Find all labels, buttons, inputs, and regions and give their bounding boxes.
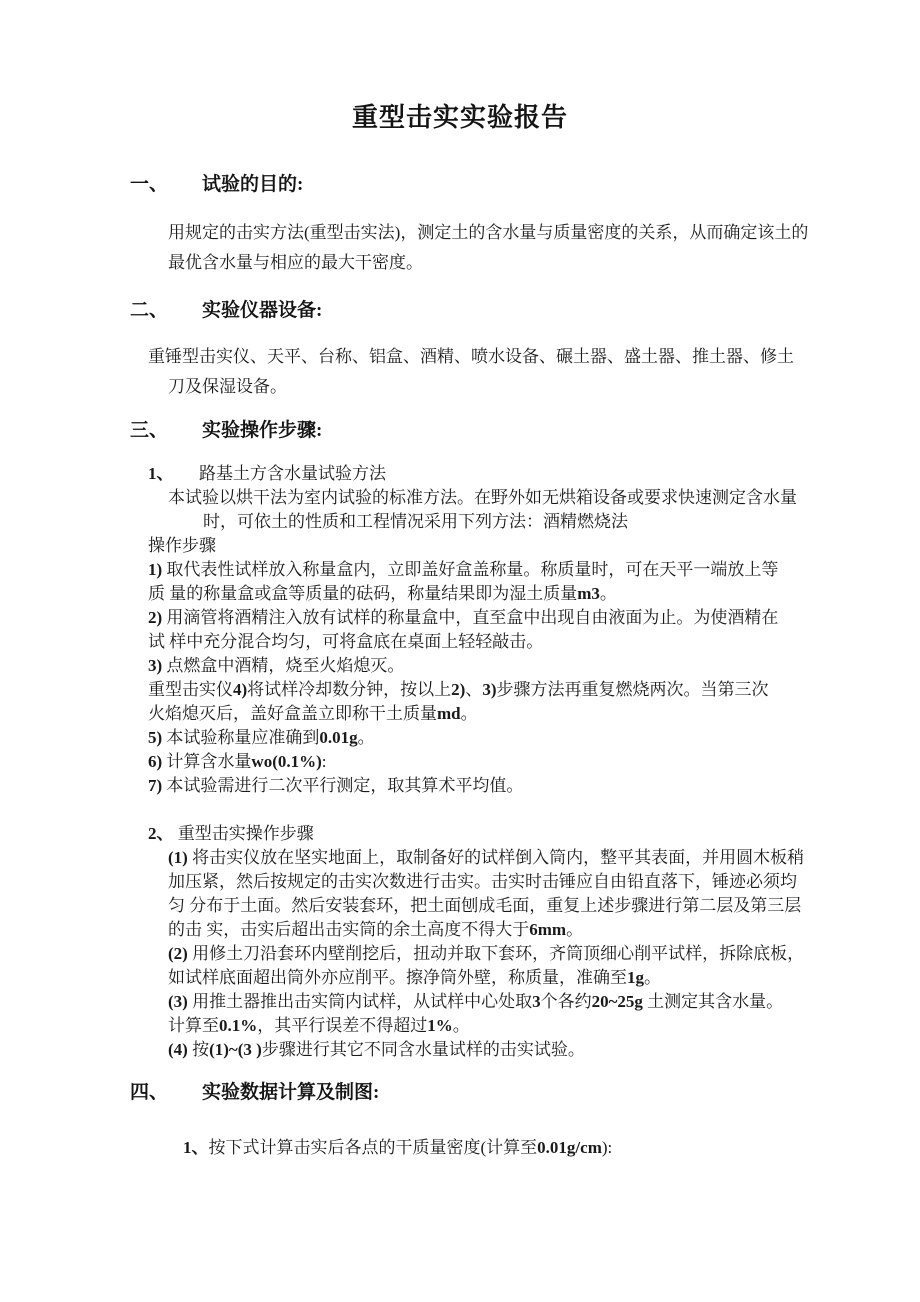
- document-title: 重型击实实验报告: [0, 0, 920, 136]
- section-label: 实验操作步骤:: [202, 418, 322, 444]
- doc-line: 刀及保湿设备。: [0, 372, 920, 402]
- section-heading: 四、实验数据计算及制图:: [0, 1080, 920, 1106]
- text-block: 重锤型击实仪、天平、台称、铝盒、酒精、喷水设备、碾土器、盛土器、推土器、修土刀及…: [0, 342, 920, 402]
- text-segment: 本试验称量应准确到: [162, 728, 319, 747]
- doc-line: 6) 计算含水量wo(0.1%):: [0, 750, 920, 774]
- doc-line: 如试样底面超出筒外亦应削平。擦净筒外壁，称质量，准确至1g。: [0, 966, 920, 990]
- text-segment: 点燃盒中酒精，烧至火焰熄灭。: [162, 656, 404, 675]
- doc-line: 1、按下式计算击实后各点的干质量密度(计算至0.01g/cm):: [0, 1136, 920, 1160]
- bold-text-segment: 20~25g: [592, 992, 643, 1011]
- section-number: 一、: [130, 172, 202, 198]
- doc-line: 质 量的称量盒或盒等质量的砝码，称量结果即为湿土质量m3。: [0, 582, 920, 606]
- bold-text-segment: 2、: [148, 824, 174, 843]
- text-segment: 加压紧，然后按规定的击实次数进行击实。击实时击锤应自由铅直落下，锤迹必须均: [168, 872, 797, 891]
- text-segment: 匀 分布于土面。然后安装套环，把土面刨成毛面，重复上述步骤进行第二层及第三层: [168, 896, 801, 915]
- bold-text-segment: md: [437, 704, 461, 723]
- doc-line: 时，可依土的性质和工程情况采用下列方法：酒精燃烧法: [0, 510, 920, 534]
- bold-text-segment: 2): [148, 608, 162, 627]
- bold-text-segment: 3): [482, 680, 496, 699]
- text-segment: 步骤进行其它不同含水量试样的击实试验。: [262, 1040, 585, 1059]
- bold-text-segment: 1、: [183, 1138, 209, 1157]
- text-block: 1、按下式计算击实后各点的干质量密度(计算至0.01g/cm):: [0, 1136, 920, 1160]
- bold-text-segment: m3: [577, 584, 600, 603]
- text-segment: 本试验需进行二次平行测定，取其算术平均值。: [162, 776, 523, 795]
- text-segment: 重型击实仪: [148, 680, 233, 699]
- bold-text-segment: 6mm: [529, 920, 566, 939]
- bold-text-segment: 1): [148, 560, 162, 579]
- section-label: 实验数据计算及制图:: [202, 1080, 379, 1106]
- doc-line: 匀 分布于土面。然后安装套环，把土面刨成毛面，重复上述步骤进行第二层及第三层: [0, 894, 920, 918]
- text-segment: 土测定其含水量。: [643, 992, 783, 1011]
- text-segment: 。: [644, 968, 661, 987]
- text-segment: 重锤型击实仪、天平、台称、铝盒、酒精、喷水设备、碾土器、盛土器、推土器、修土: [148, 347, 794, 366]
- text-segment: 步骤方法再重复燃烧两次。当第三次: [497, 680, 769, 699]
- doc-line: 火焰熄灭后，盖好盒盖立即称干土质量md。: [0, 702, 920, 726]
- bold-text-segment: 1%: [427, 1016, 453, 1035]
- doc-line: 的击 实，击实后超出击实筒的余土高度不得大于6mm。: [0, 918, 920, 942]
- text-segment: 用规定的击实方法(重型击实法)，测定土的含水量与质量密度的关系，从而确定该土的: [168, 223, 808, 242]
- text-segment: ，其平行误差不得超过: [257, 1016, 427, 1035]
- text-segment: 。: [461, 704, 478, 723]
- doc-line: 操作步骤: [0, 534, 920, 558]
- doc-line: 最优含水量与相应的最大干密度。: [0, 248, 920, 278]
- document-page: 重型击实实验报告 一、试验的目的:用规定的击实方法(重型击实法)，测定土的含水量…: [0, 0, 920, 1302]
- text-segment: 操作步骤: [148, 536, 216, 555]
- text-segment: 用修土刀沿套环内壁削挖后，扭动并取下套环，齐筒顶细心削平试样，拆除底板，: [188, 944, 804, 963]
- text-block: 1、 路基土方含水量试验方法本试验以烘干法为室内试验的标准方法。在野外如无烘箱设…: [0, 462, 920, 798]
- doc-line: (4) 按(1)~(3 )步骤进行其它不同含水量试样的击实试验。: [0, 1038, 920, 1062]
- doc-line: 用规定的击实方法(重型击实法)，测定土的含水量与质量密度的关系，从而确定该土的: [0, 218, 920, 248]
- doc-line: 3) 点燃盒中酒精，烧至火焰熄灭。: [0, 654, 920, 678]
- doc-line: 2) 用滴管将酒精注入放有试样的称量盒中，直至盒中出现自由液面为止。为使酒精在: [0, 606, 920, 630]
- bold-text-segment: 3): [148, 656, 162, 675]
- section-label: 试验的目的:: [202, 172, 303, 198]
- bold-text-segment: 1g: [627, 968, 644, 987]
- text-segment: 时，可依土的性质和工程情况采用下列方法：酒精燃烧法: [203, 512, 628, 531]
- doc-line: 重型击实仪4)将试样冷却数分钟，按以上2)、3)步骤方法再重复燃烧两次。当第三次: [0, 678, 920, 702]
- text-block: 2、 重型击实操作步骤(1) 将击实仪放在坚实地面上，取制备好的试样倒入筒内，整…: [0, 822, 920, 1062]
- text-segment: 计算含水量: [162, 752, 251, 771]
- text-segment: ):: [602, 1138, 612, 1157]
- doc-line: 试 样中充分混合均匀，可将盒底在桌面上轻轻敲击。: [0, 630, 920, 654]
- section-heading: 三、实验操作步骤:: [0, 418, 920, 444]
- text-segment: 如试样底面超出筒外亦应削平。擦净筒外壁，称质量，准确至: [168, 968, 627, 987]
- section-heading: 二、实验仪器设备:: [0, 298, 920, 324]
- doc-line: 重锤型击实仪、天平、台称、铝盒、酒精、喷水设备、碾土器、盛土器、推土器、修土: [0, 342, 920, 372]
- doc-line: (1) 将击实仪放在坚实地面上，取制备好的试样倒入筒内，整平其表面，并用圆木板稍: [0, 846, 920, 870]
- text-segment: 重型击实操作步骤: [174, 824, 314, 843]
- section-label: 实验仪器设备:: [202, 298, 322, 324]
- doc-line: (2) 用修土刀沿套环内壁削挖后，扭动并取下套环，齐筒顶细心削平试样，拆除底板，: [0, 942, 920, 966]
- text-segment: 个各约: [541, 992, 592, 1011]
- section-heading: 一、试验的目的:: [0, 172, 920, 198]
- bold-text-segment: (4): [168, 1040, 188, 1059]
- doc-line: 1) 取代表性试样放入称量盒内，立即盖好盒盖称量。称质量时，可在天平一端放上等: [0, 558, 920, 582]
- bold-text-segment: 0.01g/cm: [537, 1138, 602, 1157]
- bold-text-segment: 0.1%: [219, 1016, 257, 1035]
- bold-text-segment: (3): [168, 992, 188, 1011]
- bold-text-segment: wo(0.1%): [251, 752, 321, 771]
- text-segment: 取代表性试样放入称量盒内，立即盖好盒盖称量。称质量时，可在天平一端放上等: [162, 560, 778, 579]
- bold-text-segment: 1、: [148, 464, 165, 483]
- text-segment: 计算至: [168, 1016, 219, 1035]
- text-segment: 将试样冷却数分钟，按以上: [247, 680, 451, 699]
- text-block: 用规定的击实方法(重型击实法)，测定土的含水量与质量密度的关系，从而确定该土的最…: [0, 218, 920, 278]
- text-segment: 按: [188, 1040, 209, 1059]
- bold-text-segment: 5): [148, 728, 162, 747]
- doc-line: 5) 本试验称量应准确到0.01g。: [0, 726, 920, 750]
- text-segment: 。: [358, 728, 375, 747]
- bold-text-segment: 3: [532, 992, 541, 1011]
- text-segment: 用推土器推出击实筒内试样，从试样中心处取: [188, 992, 532, 1011]
- section-number: 二、: [130, 298, 202, 324]
- bold-text-segment: (2): [168, 944, 188, 963]
- text-segment: 最优含水量与相应的最大干密度。: [168, 253, 423, 272]
- doc-line: 1、 路基土方含水量试验方法: [0, 462, 920, 486]
- doc-line: 7) 本试验需进行二次平行测定，取其算术平均值。: [0, 774, 920, 798]
- text-segment: 路基土方含水量试验方法: [165, 464, 386, 483]
- text-segment: 将击实仪放在坚实地面上，取制备好的试样倒入筒内，整平其表面，并用圆木板稍: [188, 848, 804, 867]
- doc-line: (3) 用推土器推出击实筒内试样，从试样中心处取3个各约20~25g 土测定其含…: [0, 990, 920, 1014]
- text-segment: 的击 实，击实后超出击实筒的余土高度不得大于: [168, 920, 529, 939]
- text-segment: 质 量的称量盒或盒等质量的砝码，称量结果即为湿土质量: [148, 584, 577, 603]
- section-number: 四、: [130, 1080, 202, 1106]
- doc-line: 2、 重型击实操作步骤: [0, 822, 920, 846]
- text-segment: 按下式计算击实后各点的干质量密度(计算至: [209, 1138, 538, 1157]
- doc-line: 本试验以烘干法为室内试验的标准方法。在野外如无烘箱设备或要求快速测定含水量: [0, 486, 920, 510]
- text-segment: 、: [465, 680, 482, 699]
- text-segment: 本试验以烘干法为室内试验的标准方法。在野外如无烘箱设备或要求快速测定含水量: [168, 488, 797, 507]
- bold-text-segment: 6): [148, 752, 162, 771]
- bold-text-segment: 2): [451, 680, 465, 699]
- bold-text-segment: 7): [148, 776, 162, 795]
- bold-text-segment: (1)~(3 ): [209, 1040, 262, 1059]
- text-segment: 。: [453, 1016, 470, 1035]
- doc-line: 加压紧，然后按规定的击实次数进行击实。击实时击锤应自由铅直落下，锤迹必须均: [0, 870, 920, 894]
- section-number: 三、: [130, 418, 202, 444]
- text-segment: :: [322, 752, 327, 771]
- text-segment: 火焰熄灭后，盖好盒盖立即称干土质量: [148, 704, 437, 723]
- text-segment: 。: [600, 584, 617, 603]
- text-segment: 刀及保湿设备。: [168, 377, 287, 396]
- document-body: 一、试验的目的:用规定的击实方法(重型击实法)，测定土的含水量与质量密度的关系，…: [0, 172, 920, 1160]
- bold-text-segment: (1): [168, 848, 188, 867]
- text-segment: 。: [566, 920, 583, 939]
- doc-line: 计算至0.1%，其平行误差不得超过1%。: [0, 1014, 920, 1038]
- bold-text-segment: 4): [233, 680, 247, 699]
- text-segment: 试 样中充分混合均匀，可将盒底在桌面上轻轻敲击。: [148, 632, 543, 651]
- bold-text-segment: 0.01g: [319, 728, 357, 747]
- text-segment: 用滴管将酒精注入放有试样的称量盒中，直至盒中出现自由液面为止。为使酒精在: [162, 608, 778, 627]
